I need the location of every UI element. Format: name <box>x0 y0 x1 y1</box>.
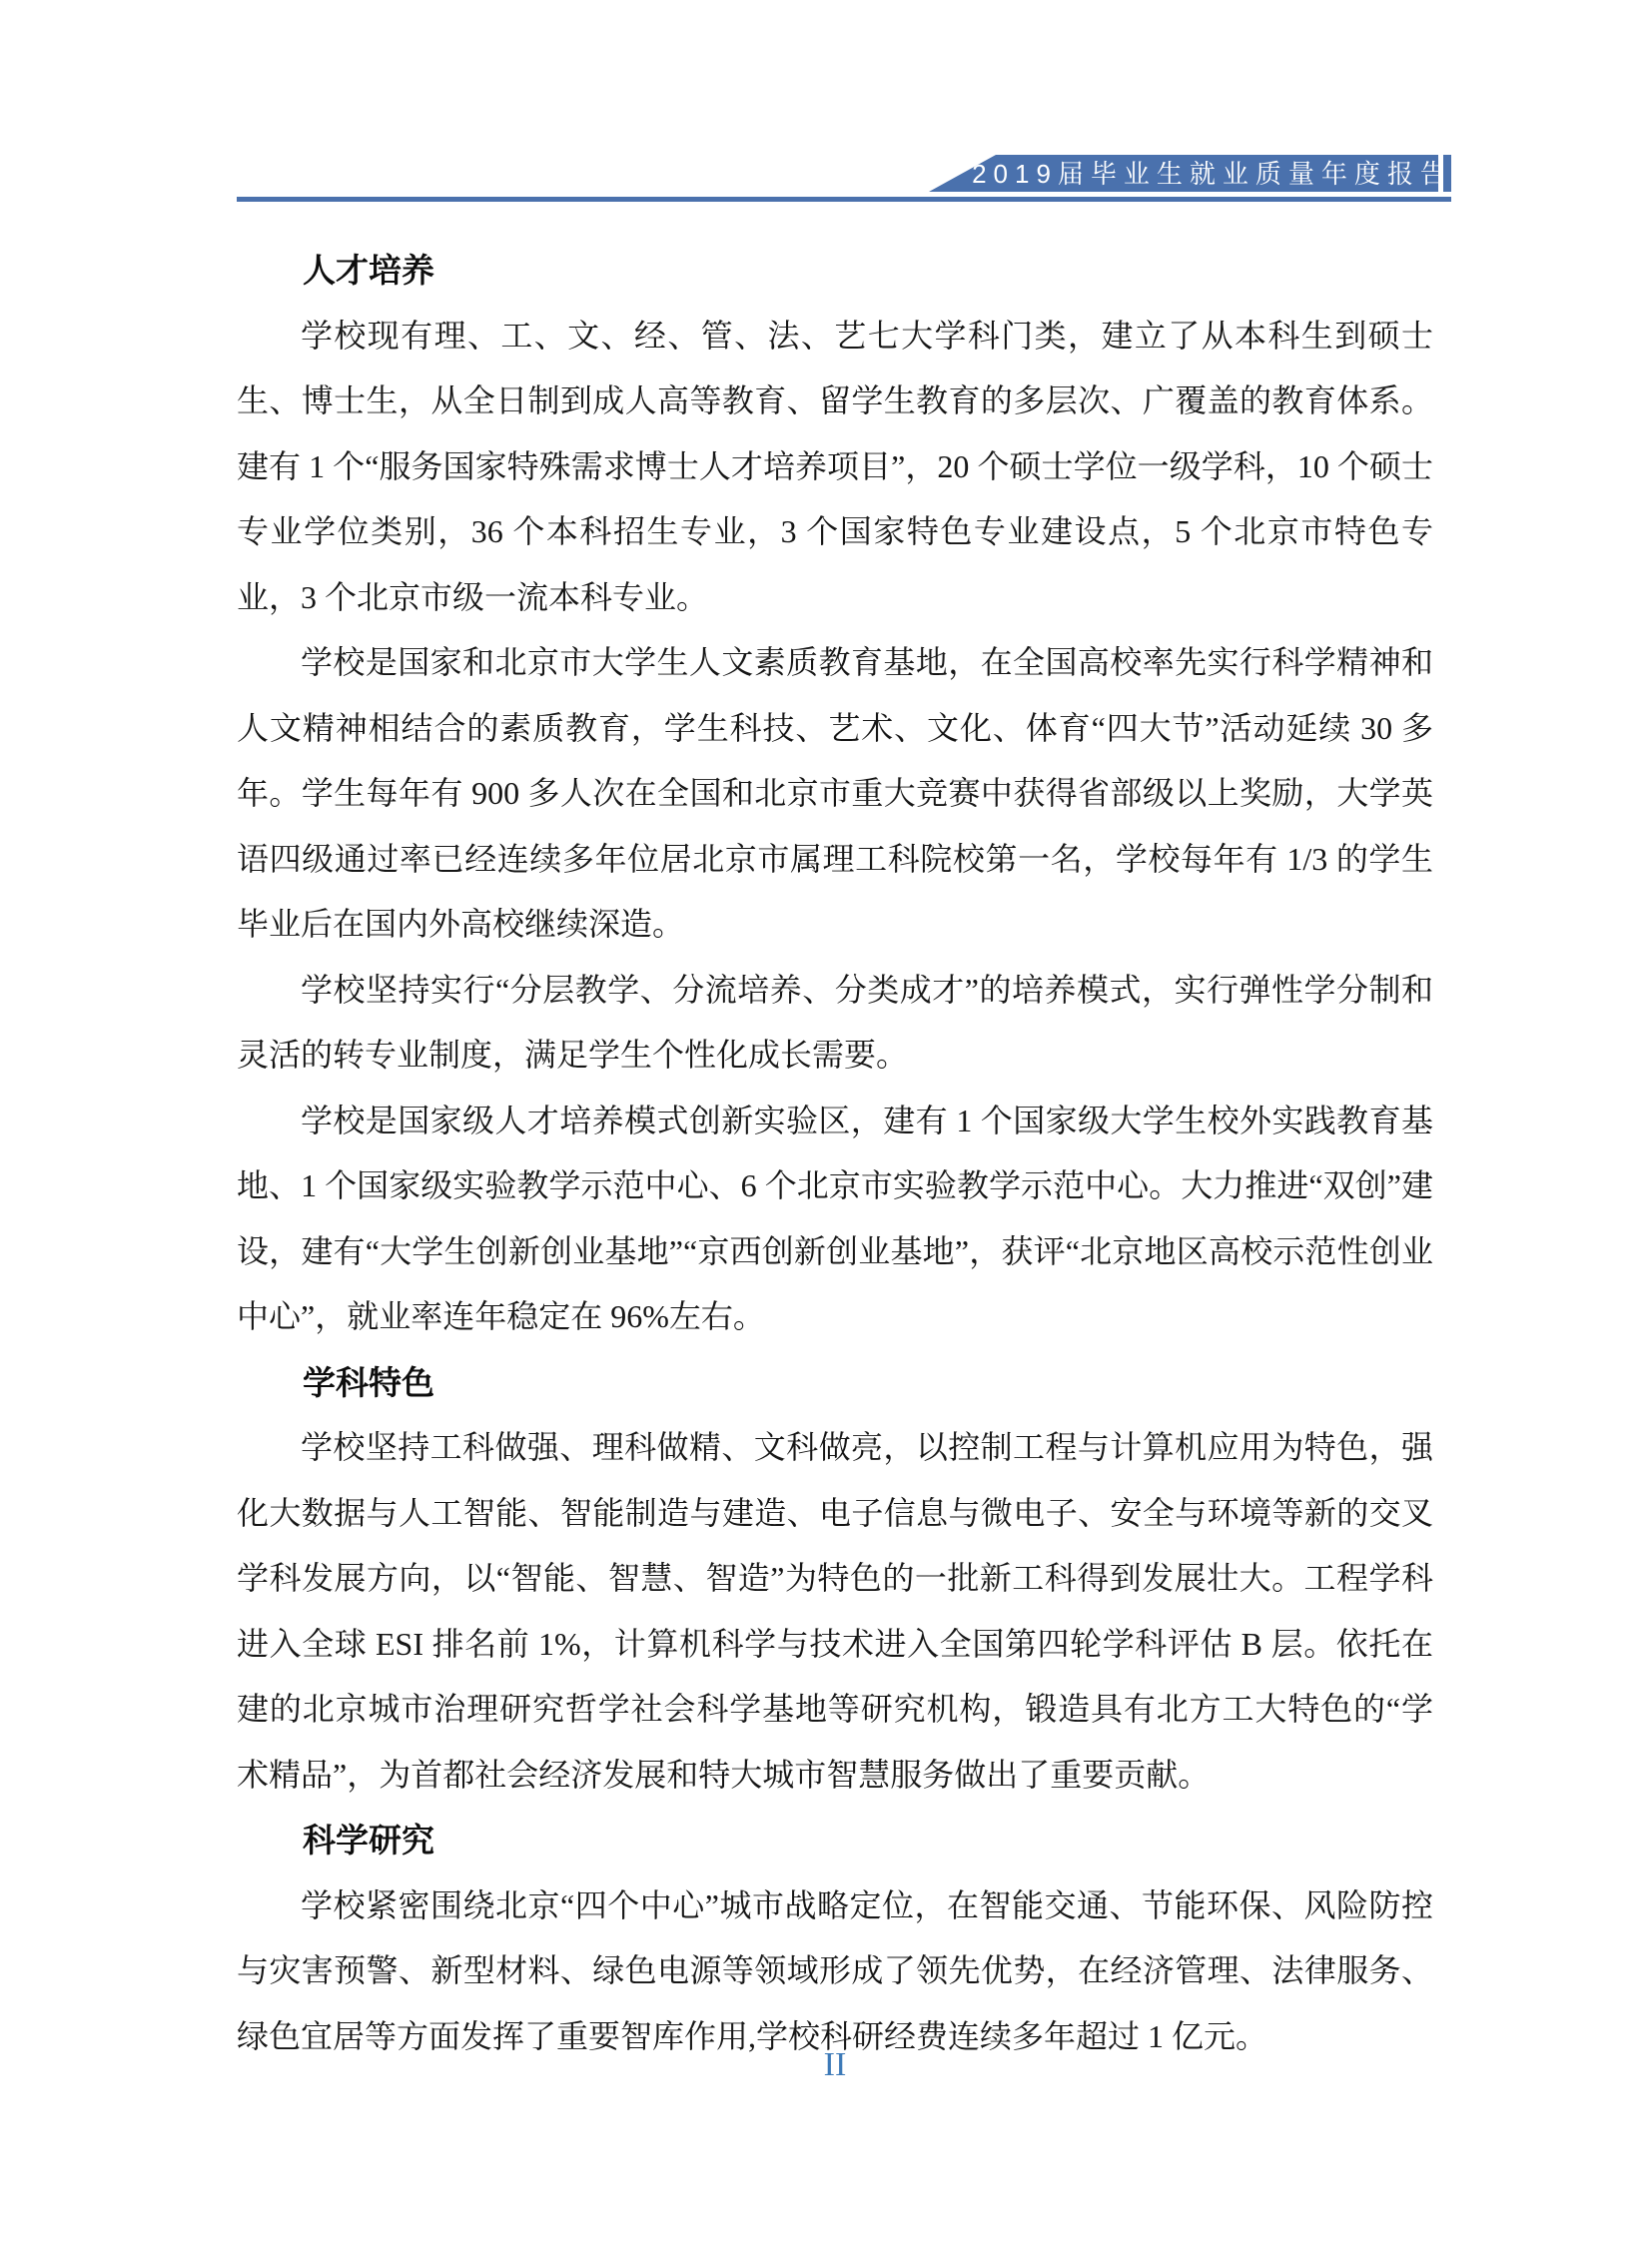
paragraph: 学校现有理、工、文、经、管、法、艺七大学科门类，建立了从本科生到硕士生、博士生，… <box>237 304 1433 631</box>
section-heading-talent-cultivation: 人才培养 <box>237 238 1433 304</box>
header-banner-title: 2019届毕业生就业质量年度报告 <box>972 161 1453 187</box>
section-heading-discipline-features: 学科特色 <box>237 1350 1433 1416</box>
page-number: II <box>237 2045 1433 2086</box>
section-heading-scientific-research: 科学研究 <box>237 1808 1433 1873</box>
paragraph: 学校是国家级人才培养模式创新实验区，建有 1 个国家级大学生校外实践教育基地、1… <box>237 1089 1433 1350</box>
header-banner: 2019届毕业生就业质量年度报告 <box>929 155 1438 192</box>
header-banner-accent-bar <box>1443 155 1451 192</box>
paragraph: 学校坚持工科做强、理科做精、文科做亮，以控制工程与计算机应用为特色，强化大数据与… <box>237 1415 1433 1808</box>
document-page: 2019届毕业生就业质量年度报告 人才培养 学校现有理、工、文、经、管、法、艺七… <box>0 0 1652 2242</box>
paragraph: 学校坚持实行“分层教学、分流培养、分类成才”的培养模式，实行弹性学分制和灵活的转… <box>237 958 1433 1089</box>
paragraph: 学校紧密围绕北京“四个中心”城市战略定位，在智能交通、节能环保、风险防控与灾害预… <box>237 1873 1433 2070</box>
paragraph: 学校是国家和北京市大学生人文素质教育基地，在全国高校率先实行科学精神和人文精神相… <box>237 630 1433 958</box>
document-body: 人才培养 学校现有理、工、文、经、管、法、艺七大学科门类，建立了从本科生到硕士生… <box>237 238 1433 2069</box>
header-divider-rule <box>237 197 1451 202</box>
